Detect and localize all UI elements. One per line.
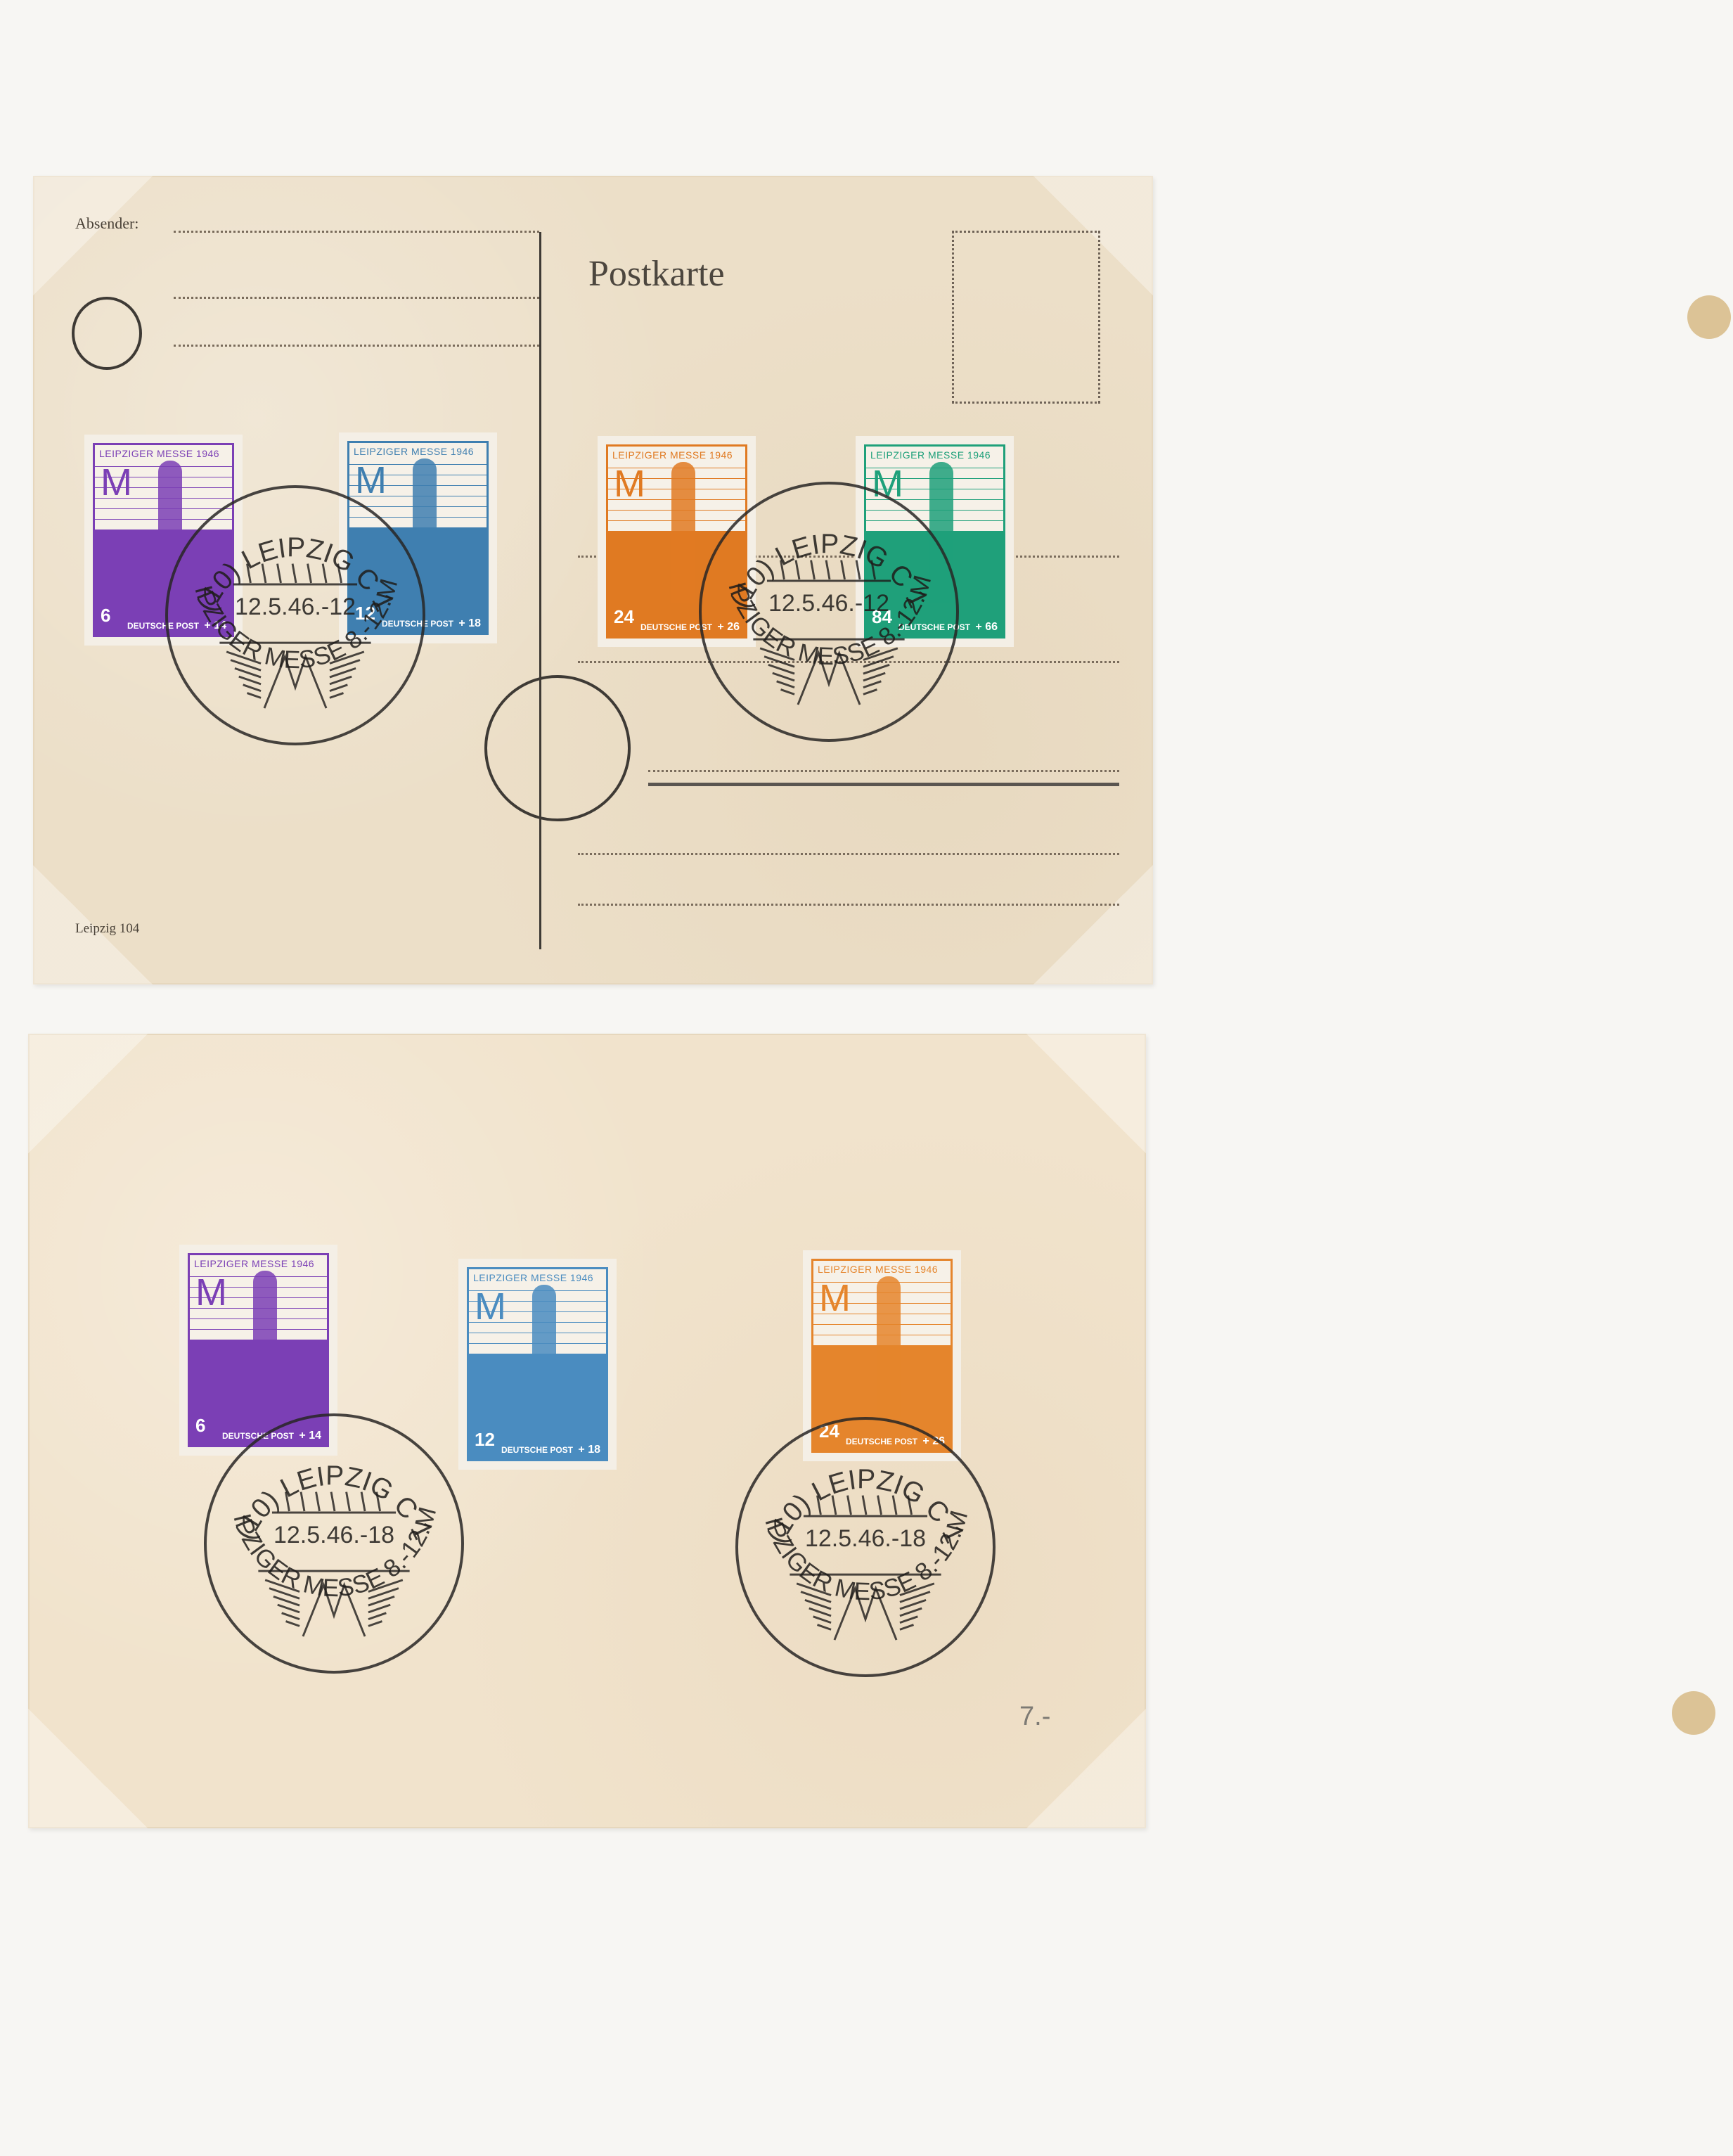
photo-corner xyxy=(33,176,153,295)
binder-hole xyxy=(1672,1691,1715,1735)
postmark-date: 12.5.46.-12 xyxy=(702,590,956,617)
sender-label: Absender: xyxy=(75,214,138,233)
binder-hole xyxy=(1687,295,1731,339)
stamp-surcharge: + 66 xyxy=(975,622,998,634)
stamp-inscription: DEUTSCHE POST xyxy=(501,1445,573,1455)
postmark-cancel: (10) LEIPZIG C 1LEIPZIGER MESSE 8.-12.MA… xyxy=(699,482,959,742)
address-line xyxy=(578,904,1119,906)
postcode-circle xyxy=(484,675,631,821)
postmark-cancel: (10) LEIPZIG C 1LEIPZIGER MESSE 8.-12.MA… xyxy=(204,1413,464,1674)
photo-corner xyxy=(1033,865,1153,984)
old-town-hall-tower-icon xyxy=(253,1271,277,1411)
stamp-placeholder-box xyxy=(952,231,1100,404)
pencil-price-note: 7.- xyxy=(1019,1702,1050,1732)
photo-corner xyxy=(1026,1034,1146,1153)
messe-mm-logo-icon: M xyxy=(195,1273,227,1311)
stamp-value: 24 xyxy=(614,606,634,628)
messe-mm-logo-icon: M xyxy=(614,465,645,503)
city-underline xyxy=(648,783,1119,786)
postmark-date: 12.5.46.-12 xyxy=(168,593,423,621)
stamp-title: LEIPZIGER MESSE 1946 xyxy=(194,1258,314,1269)
postmark-cancel: (10) LEIPZIG C 1LEIPZIGER MESSE 8.-12.MA… xyxy=(165,485,425,745)
stamp-title: LEIPZIGER MESSE 1946 xyxy=(818,1264,938,1275)
cover-card: LEIPZIGER MESSE 1946 M 6 DEUTSCHE POST +… xyxy=(28,1034,1146,1828)
postmark-date: 12.5.46.-18 xyxy=(738,1525,993,1553)
messe-mm-logo-icon: M xyxy=(475,1288,506,1326)
stamp-title: LEIPZIGER MESSE 1946 xyxy=(870,449,991,461)
address-line xyxy=(648,770,1119,772)
messe-mm-logo-icon: M xyxy=(819,1279,851,1317)
stamp-surcharge: + 18 xyxy=(578,1444,600,1456)
messe-mm-logo-icon: M xyxy=(101,463,132,501)
stamp-title: LEIPZIGER MESSE 1946 xyxy=(354,446,474,457)
divider-line xyxy=(539,232,541,949)
stamp-value: 6 xyxy=(195,1415,205,1437)
sender-line xyxy=(174,297,539,299)
old-town-hall-tower-icon xyxy=(532,1285,556,1425)
address-line xyxy=(578,853,1119,855)
stamp-value: 6 xyxy=(101,605,110,627)
photo-corner xyxy=(28,1709,148,1828)
sender-line xyxy=(174,345,539,347)
postmark-date: 12.5.46.-18 xyxy=(207,1522,461,1549)
stamp-value-band: 12 DEUTSCHE POST + 18 xyxy=(469,1428,606,1459)
old-town-hall-tower-icon xyxy=(877,1276,901,1417)
stamp-12pf-blue: LEIPZIGER MESSE 1946 M 12 DEUTSCHE POST … xyxy=(458,1259,617,1470)
card-heading: Postkarte xyxy=(588,253,725,295)
stamp-value: 12 xyxy=(475,1429,495,1451)
stamp-title: LEIPZIGER MESSE 1946 xyxy=(473,1272,593,1283)
stamp-title: LEIPZIGER MESSE 1946 xyxy=(612,449,733,461)
postcode-circle xyxy=(72,297,142,370)
stamp-surcharge: + 18 xyxy=(458,618,481,630)
sender-line xyxy=(174,231,539,233)
stamp-title: LEIPZIGER MESSE 1946 xyxy=(99,448,219,459)
postcard-front: Absender: Postkarte Leipzig 104 LEIPZIGE… xyxy=(33,176,1153,984)
stamp-frame: LEIPZIGER MESSE 1946 M 12 DEUTSCHE POST … xyxy=(467,1267,608,1461)
postmark-cancel: (10) LEIPZIG C 1LEIPZIGER MESSE 8.-12.MA… xyxy=(735,1417,996,1677)
old-town-hall-tower-icon xyxy=(671,462,695,603)
photo-corner xyxy=(28,1034,148,1153)
printer-imprint: Leipzig 104 xyxy=(75,921,139,937)
